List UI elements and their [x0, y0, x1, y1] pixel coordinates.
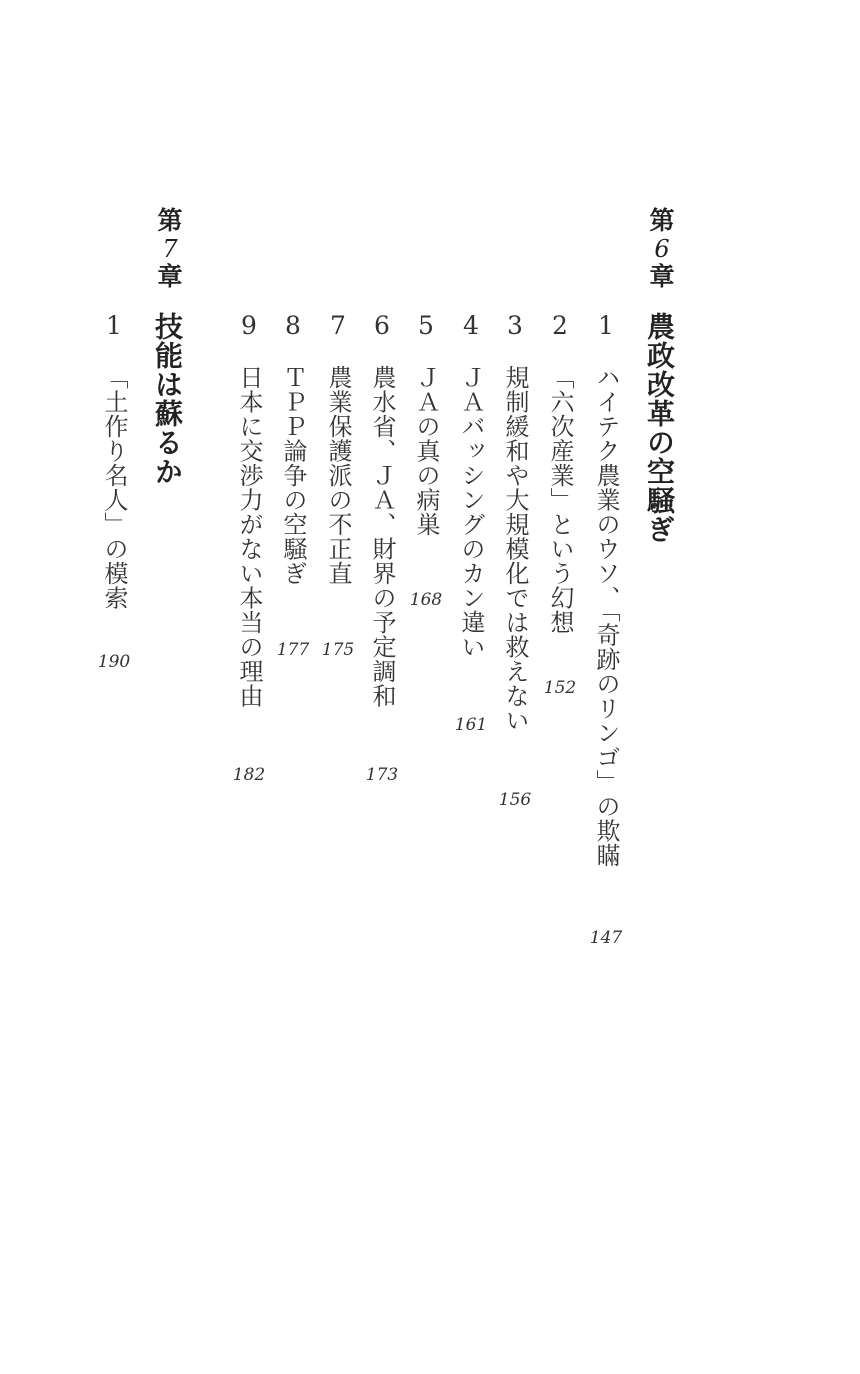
section-number: 7	[321, 312, 355, 340]
section-title[interactable]: ＪＡバッシングのカン違い	[454, 365, 488, 659]
chapter-label-suffix: 章	[157, 262, 182, 291]
chapter-label-prefix: 第	[649, 206, 674, 235]
chapter-7-title: 技能は蘇るか	[153, 312, 187, 486]
page-number: 168	[401, 590, 451, 610]
page-number: 173	[357, 765, 407, 785]
section-title[interactable]: ＴＰＰ論争の空騒ぎ	[276, 365, 310, 586]
section-number: 4	[454, 312, 488, 340]
chapter-label-prefix: 第	[157, 206, 182, 235]
section-title[interactable]: 規制緩和や大規模化では救えない	[498, 365, 532, 733]
page-number: 161	[446, 715, 496, 735]
section-number: 1	[97, 312, 131, 340]
section-title[interactable]: ハイテク農業のウソ、「奇跡のリンゴ」の欺瞞	[589, 365, 623, 868]
section-number: 5	[409, 312, 443, 340]
section-title[interactable]: 農水省、ＪＡ、財界の予定調和	[365, 365, 399, 708]
chapter-number: 7	[153, 235, 187, 263]
section-title[interactable]: 農業保護派の不正直	[321, 365, 355, 586]
section-title[interactable]: 「土作り名人」の模索	[97, 365, 131, 610]
page-number: 190	[89, 652, 139, 672]
page-number: 182	[224, 765, 274, 785]
section-number: 2	[543, 312, 577, 340]
section-number: 8	[276, 312, 310, 340]
chapter-6-label: 第 6 章	[645, 207, 679, 291]
chapter-7-label: 第 7 章	[153, 207, 187, 291]
section-number: 9	[232, 312, 266, 340]
section-title[interactable]: 「六次産業」という幻想	[543, 365, 577, 635]
section-number: 1	[589, 312, 623, 340]
section-number: 3	[498, 312, 532, 340]
page-number: 175	[313, 640, 363, 660]
page-number: 156	[490, 790, 540, 810]
section-title[interactable]: 日本に交渉力がない本当の理由	[232, 365, 266, 708]
chapter-label-suffix: 章	[649, 262, 674, 291]
page-number: 177	[268, 640, 318, 660]
page-number: 152	[535, 678, 585, 698]
section-title[interactable]: ＪＡの真の病巣	[409, 365, 443, 537]
chapter-6-title: 農政改革の空騒ぎ	[645, 312, 679, 544]
chapter-number: 6	[645, 235, 679, 263]
section-number: 6	[365, 312, 399, 340]
page-number: 147	[581, 928, 631, 948]
